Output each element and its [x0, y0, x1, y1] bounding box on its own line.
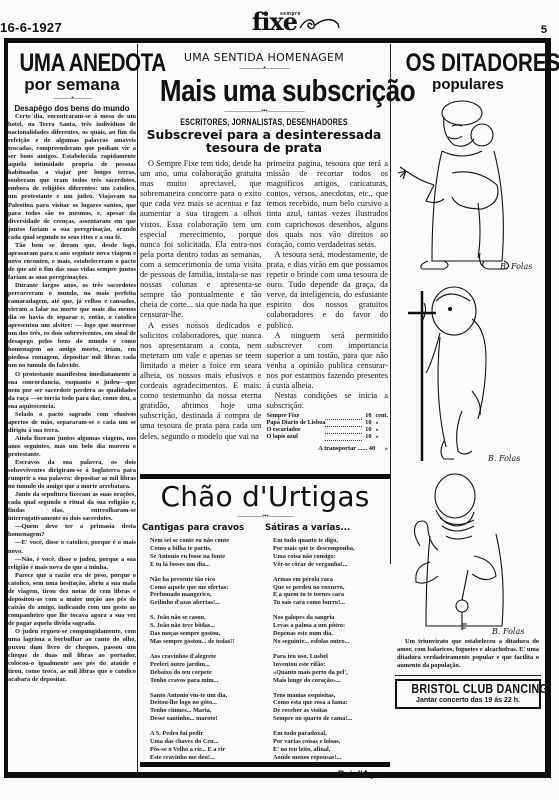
section-divider: [140, 762, 390, 767]
article-col-1: O Sempre Fixe tem tido, desde ha um ano,…: [140, 159, 262, 454]
poetry-section: Chão d'Urtigas ————+•+———— Cantigas para…: [140, 480, 390, 779]
cartoon-friar-with-child: B. Folas: [392, 93, 542, 271]
verse-line: Tu sais cara como burro!...: [273, 599, 388, 607]
dictators-column: OS DITADORES populares B. Folas: [392, 44, 544, 709]
subscription-row: O escariador 10 »: [267, 426, 389, 433]
amount-unit: »: [385, 445, 388, 452]
verse-line: Tenho ciumes... Maria,: [150, 707, 265, 715]
verse-line: Como a bilha te partis,: [150, 545, 265, 553]
stanza: Nem sei se conte eu não conte Como a bil…: [142, 537, 265, 569]
verse-line: Preferi outro jardim...: [150, 661, 265, 669]
verse-line: E tu lá fosses um dia...: [150, 561, 265, 569]
logo-main-text: fixe: [252, 10, 297, 34]
verse-line: Deitou-lhe logo no gôto...: [150, 699, 265, 707]
verse-line: Desse santinho... maroto!: [150, 715, 265, 723]
anecdote-title: UMA ANEDOTA: [20, 50, 125, 76]
paragraph: Ainda fizeram juntos algumas viagens, no…: [8, 435, 136, 459]
ad-title: BRISTOL CLUB DANCING: [411, 682, 524, 696]
stanza: Em tudo paradoxal, Por varias coisas e l…: [265, 730, 388, 762]
verse-line: A S. Pedro fui pedir: [150, 730, 265, 738]
subscription-list: Sempre Fixe 10 cent. Papá Diario de Lisb…: [267, 412, 389, 441]
verse-line: Perfumado mangerico,: [150, 591, 265, 599]
paragraph: O Sempre Fixe tem tido, desde ha um ano,…: [140, 159, 262, 321]
subscriber-amount: 10: [362, 412, 371, 419]
caption-text: Um triunvirato que estabeleceu a ditadur…: [397, 638, 539, 670]
stanza: Santo Antonio viu-te um dia, Deitou-lhe …: [142, 692, 265, 724]
cartoon-child-with-cross: B. Folas: [392, 271, 542, 466]
ornament-divider: ————•————: [140, 64, 388, 73]
verse-line: Como aquele que me ofertas:: [150, 584, 265, 592]
paragraph: Tão bem se deram que, desde logo, aprasa…: [8, 242, 136, 282]
stanza: Não ha presente tão rico Como aquele que…: [142, 576, 265, 608]
ornament-divider: ————+•+————: [140, 512, 390, 521]
author-signature: Rui d'Aço.: [265, 769, 388, 779]
cartoon-subtitle: populares: [392, 77, 544, 93]
subscriber-amount: 10: [362, 419, 371, 426]
verse-line: Armas em pérola rara: [273, 576, 388, 584]
verse-line: Para teu uso, Lusbel: [273, 653, 388, 661]
stanza: A S. Pedro fui pedir Uma das chaves do C…: [142, 730, 265, 762]
amount-unit: cent.: [371, 412, 388, 419]
cartoon-caption: Um triunvirato que estabeleceu a ditadur…: [392, 638, 544, 670]
subscription-total: A transportar ...... 40 »: [267, 444, 389, 454]
poem-right: Sátiras a varias... Em tudo quanto te di…: [265, 523, 388, 779]
verse-line: Mas sempre gostou... de todas!!: [150, 638, 265, 646]
subscription-row: O lapis azul 10 »: [267, 433, 389, 440]
verse-line: Das moças sempre gostou,: [150, 630, 265, 638]
verse-line: S. João não se casou,: [150, 614, 265, 622]
paragraph: Nestas condições se inicia a subscrição.: [267, 391, 389, 411]
article-deck: Subscrevei para a desinteressada tesoura…: [140, 129, 388, 155]
verse-line: Este cravinho me deu!...: [150, 754, 265, 762]
paragraph: Certo dia, encontraram-se á mesa de um h…: [8, 113, 136, 242]
verse-line: Se Antonio eu fosse na fonte: [150, 553, 265, 561]
section-divider: [140, 474, 390, 479]
stanza: Para teu uso, Lusbel Inventou este rifão…: [265, 653, 388, 685]
subscriber-name: O escariador: [267, 426, 326, 433]
ad-divider: [395, 675, 541, 676]
svg-text:B. Folas: B. Folas: [491, 627, 524, 636]
story-body: Certo dia, encontraram-se á mesa de um h…: [8, 113, 136, 684]
leader-dots: [325, 433, 362, 440]
verse-line: Por varias coisas e loisas,: [273, 738, 388, 746]
subscription-article: UMA SENTIDA HOMENAGEM ————•———— Mais uma…: [140, 44, 388, 454]
page-number: 5: [541, 24, 547, 36]
verse-line: Por mais que te descomponha,: [273, 545, 388, 553]
paragraph: A tesoura será, modestamente, de prata, …: [267, 250, 389, 331]
logo-swash-icon: [298, 16, 342, 34]
verse-line: Grilinho d'azas abertas!...: [150, 599, 265, 607]
verse-line: De receber as visitas: [273, 707, 388, 715]
anecdote-subtitle: por semana: [8, 76, 136, 94]
verse-line: E a quem tu te tornes cara: [273, 591, 388, 599]
paragraph: O protestante manifestou imediatamente a…: [8, 371, 136, 411]
verse-line: «Quanto mais perto da pel',: [273, 669, 388, 677]
newspaper-logo: sempre fixe: [232, 4, 342, 34]
column-divider: [390, 44, 391, 564]
ornament-divider: ———•———: [8, 94, 136, 103]
amount-unit: »: [371, 426, 388, 433]
poem-columns: Cantigas para cravos Nem sei se conte eu…: [140, 523, 390, 779]
verse-line: Nem sei se conte eu não conte: [150, 537, 265, 545]
child-with-cross-illustration: B. Folas: [392, 271, 542, 466]
poem-left: Cantigas para cravos Nem sei se conte eu…: [142, 523, 265, 779]
verse-line: Que se perdeu no enxurro,: [273, 584, 388, 592]
verse-line: Como esta que rosa a fama:: [273, 699, 388, 707]
subscription-row: Sempre Fixe 10 cent.: [267, 412, 389, 419]
paragraph: —E' você, disse o catolico, porque é o m…: [8, 539, 136, 555]
ad-subtitle: Jantar concerto das 19 ás 22 h.: [399, 696, 537, 705]
stanza: S. João não se casou, S. João não teve b…: [142, 614, 265, 646]
leader-dots: ......: [358, 445, 369, 452]
friar-with-child-illustration: B. Folas: [392, 93, 542, 271]
amount-unit: »: [371, 419, 388, 426]
amount-unit: »: [371, 433, 388, 440]
cartoon-title: OS DITADORES: [406, 50, 531, 77]
issue-date: 16-6-1927: [0, 20, 62, 35]
subscriber-name: O lapis azul: [267, 433, 326, 440]
verse-line: Aos cravinhos d'alegrete: [150, 653, 265, 661]
cartoon-friar-with-key: B. Folas: [392, 466, 542, 638]
verse-line: No seguinte... esfolas outro...: [273, 638, 388, 646]
story-title: Desapêgo dos bens do mundo: [13, 103, 131, 113]
verse-line: Tenho cravos para mim...: [150, 677, 265, 685]
poem-heading: Cantigas para cravos: [142, 523, 265, 533]
transport-total: 40: [369, 445, 375, 452]
paragraph: Escravos da sua palavra, os dois sobrevi…: [8, 459, 136, 491]
svg-text:B. Folas: B. Folas: [499, 262, 532, 271]
subscriber-name: Sempre Fixe: [267, 412, 326, 419]
poem-heading: Sátiras a varias...: [265, 523, 388, 533]
paragraph: A esses nossos dedicados e solicitos col…: [140, 321, 262, 442]
article-headline: Mais uma subscrição: [160, 75, 368, 107]
friar-with-key-illustration: B. Folas: [392, 466, 542, 638]
paragraph: O judeu ergueu-se compungidamente, com u…: [8, 628, 136, 684]
stanza: Em tudo quanto te digo, Por mais que te …: [265, 537, 388, 569]
verse-line: Tens manias esquisitas,: [273, 692, 388, 700]
svg-text:B. Folas: B. Folas: [487, 454, 520, 463]
column-divider: [137, 44, 138, 774]
subscriber-name: Papá Diario de Lisboa: [267, 419, 326, 426]
verse-line: Uma das chaves do Ceu...: [150, 738, 265, 746]
masthead: 16-6-1927 sempre fixe 5: [0, 0, 559, 38]
verse-line: Sempre no quarto de cama!...: [273, 715, 388, 723]
stanza: Armas em pérola rara Que se perdeu no en…: [265, 576, 388, 608]
paragraph: primeira pagina, tesoura que terá a miss…: [267, 159, 389, 250]
verse-line: Em tudo paradoxal,: [273, 730, 388, 738]
article-body: O Sempre Fixe tem tido, desde ha um ano,…: [140, 159, 388, 454]
paragraph: A ninguem será permitido subscrever com …: [267, 331, 389, 392]
verse-line: Aonde menos repousas!...: [273, 754, 388, 762]
stanza: Aos cravinhos d'alegrete Preferi outro j…: [142, 653, 265, 685]
article-subhead: ESCRITORES, JORNALISTAS, DESENHADORES: [167, 117, 360, 127]
verse-line: Não ha presente tão rico: [150, 576, 265, 584]
paragraph: —Quem deve ter a primasia desta homenage…: [8, 523, 136, 539]
verse-line: Santo Antonio viu-te um dia,: [150, 692, 265, 700]
paragraph: Parece que a razão era de peso, porque o…: [8, 572, 136, 628]
poetry-section-title: Chão d'Urtigas: [140, 482, 390, 512]
verse-line: S. João não teve bôdas...: [150, 622, 265, 630]
paragraph: Selado o pacto sagrado com efusivos aper…: [8, 411, 136, 435]
verse-line: Levas a palma a um pôtro:: [273, 622, 388, 630]
paragraph: Durante largos anos, os três sacerdotes …: [8, 282, 136, 371]
stanza: Tens manias esquisitas, Como esta que ro…: [265, 692, 388, 724]
verse-line: Nos galopes da sangria: [273, 614, 388, 622]
advertisement: BRISTOL CLUB DANCING Jantar concerto das…: [395, 679, 541, 709]
article-kicker: UMA SENTIDA HOMENAGEM: [140, 51, 388, 64]
leader-dots: [325, 412, 362, 419]
verse-line: Mais longe do coração»...: [273, 677, 388, 685]
anecdote-column: UMA ANEDOTA por semana ———•——— Desapêgo …: [8, 44, 136, 774]
verse-line: Inventou este rifão:: [273, 661, 388, 669]
subscriber-amount: 10: [362, 433, 371, 440]
verse-line: Vêr-te côrar de vergonha!...: [273, 561, 388, 569]
verse-line: Pôs-se o Velho a rir... E a rir: [150, 746, 265, 754]
leader-dots: [325, 426, 362, 433]
paragraph: —Não, é você, disse o judeu, porque a su…: [8, 556, 136, 572]
paragraph: Junto da sepultura fizeram as suas oraçõ…: [8, 491, 136, 523]
subscription-row: Papá Diario de Lisboa 10 »: [267, 419, 389, 426]
verse-line: Debaixo do teu corpete: [150, 669, 265, 677]
verse-line: Depenas este num dia,: [273, 630, 388, 638]
verse-line: E' no teu leito, afinal,: [273, 746, 388, 754]
stanza: Nos galopes da sangria Levas a palma a u…: [265, 614, 388, 646]
subscriber-amount: 10: [362, 426, 371, 433]
leader-dots: [325, 419, 362, 426]
verse-line: Em tudo quanto te digo,: [273, 537, 388, 545]
verse-line: Uma coisa não consigo:: [273, 553, 388, 561]
transport-label: A transportar: [318, 445, 356, 452]
article-col-2: primeira pagina, tesoura que terá a miss…: [267, 159, 389, 454]
ornament-divider: ——————+•+——————: [140, 107, 388, 116]
